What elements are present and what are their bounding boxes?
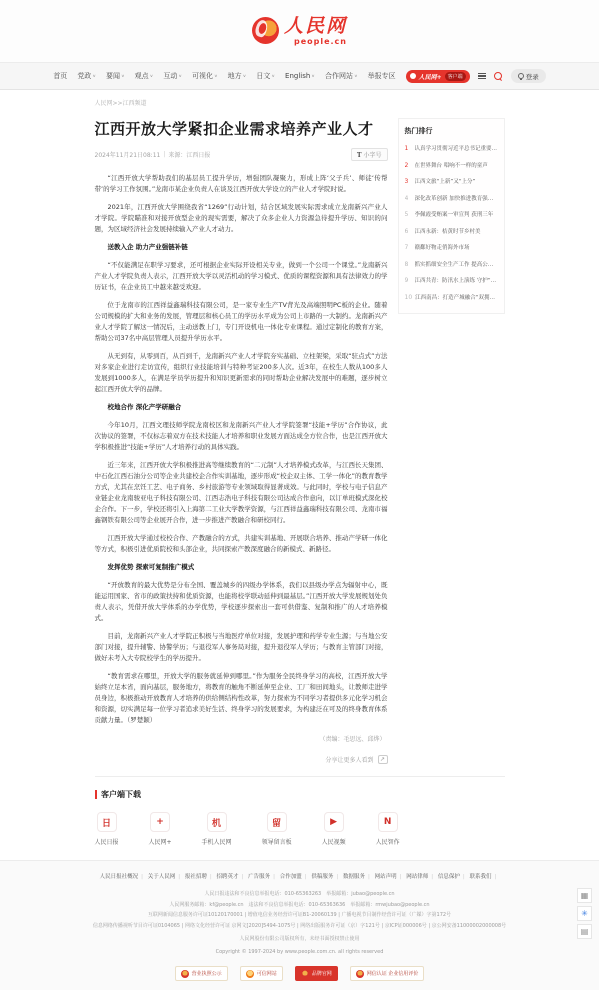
nav-item-label: 观点: [135, 71, 149, 81]
nav-item-label: 首页: [53, 71, 67, 81]
nav-item-label: 举报专区: [368, 71, 396, 81]
copyright-en: Copyright © 1997-2024 by www.people.com.…: [20, 947, 579, 957]
nav-item-label: 党政: [77, 71, 91, 81]
article-paragraph: 今年10月，江西文理技师学院龙南校区和龙南新兴产业人才学院签署“技能+学历”合作…: [95, 420, 388, 453]
user-icon: [518, 73, 524, 79]
badge-label: 网信认证 企业信用评价: [367, 970, 419, 977]
nav-item[interactable]: 观点 ∨: [135, 71, 154, 81]
rank-number: 6: [405, 228, 412, 235]
main-nav: 首页 党政 ∨ 要闻 ∨ 观点 ∨ 互动 ∨ 可: [0, 62, 599, 90]
site-footer: 人民日报社概况| 关于人民网| 报社招聘| 招聘英才| 广告服务| 合作加盟| …: [0, 860, 599, 990]
nav-item[interactable]: 地方 ∨: [228, 71, 247, 81]
article-paragraph: 江西开放大学通过校校合作、产教融合的方式，共建实训基地、开展联合培养、推动产学研…: [95, 533, 388, 555]
app-download-item[interactable]: ▶ 人民视频: [322, 812, 346, 846]
hot-ranking-item[interactable]: 1 认真学习贯彻习近平总书记重要讲话重要指…: [405, 144, 498, 152]
app-icon: 机: [207, 812, 227, 832]
article-source[interactable]: 来源：江西日报: [168, 150, 210, 159]
hot-ranking-item[interactable]: 8 抓实抓细安全生产工作 提高公共安全治理…: [405, 260, 498, 268]
nav-item-label: 互动: [163, 71, 177, 81]
chevron-down-icon: ∨: [150, 74, 154, 79]
nav-item[interactable]: 要闻 ∨: [106, 71, 125, 81]
hot-ranking-item-title: 抓实抓细安全生产工作 提高公共安全治理…: [415, 260, 498, 268]
hot-ranking-item[interactable]: 4 深化改革创新 加快推进教育强国建设 为中…: [405, 194, 498, 202]
nav-item[interactable]: English ∨: [285, 72, 315, 80]
article-paragraph: 从无到有，从零到百，从百到千，龙南新兴产业人才学院夯实基础、立柱架梁，采取“驻点…: [95, 351, 388, 395]
people-cn-logo[interactable]: 人民网 people.cn: [252, 17, 347, 46]
app-download-item[interactable]: 留 领导留言板: [262, 812, 292, 846]
login-label: 登录: [526, 72, 539, 81]
app-name: 人民智作: [376, 837, 400, 846]
nav-item[interactable]: 首页: [53, 71, 67, 81]
article-title: 江西开放大学紧扣企业需求培养产业人才: [95, 118, 388, 139]
app-icon: +: [150, 812, 170, 832]
footer-link[interactable]: 联系我们: [470, 874, 492, 880]
breadcrumb[interactable]: 人民网>>江西频道: [95, 98, 505, 107]
certification-badge[interactable]: 网信认证 企业信用评价: [350, 966, 425, 981]
publish-date: 2024年11月21日08:11: [95, 150, 161, 159]
rank-number: 8: [405, 261, 412, 268]
rank-number: 4: [405, 195, 412, 202]
app-name: 领导留言板: [262, 837, 292, 846]
hot-ranking-item[interactable]: 10 江西南昌：打造产城融合“双拥双引”发展…: [405, 293, 498, 301]
logo-domain-text: people.cn: [294, 38, 347, 46]
footer-link[interactable]: 招聘英才: [217, 874, 239, 880]
client-download-title: 客户端下载: [101, 789, 141, 800]
emblem-icon: [181, 970, 189, 978]
hot-ranking-item[interactable]: 7 赣鄱好物走俏海外市场: [405, 243, 498, 251]
footer-link[interactable]: 人民日报社概况: [100, 874, 139, 880]
footer-link[interactable]: 广告服务: [248, 874, 270, 880]
article-paragraph: 近三年来，江西开放大学积极推进高等继续教育的“二元制”人才培养模式改革，与江西长…: [95, 460, 388, 526]
footer-legal-line: 互联网新闻信息服务许可证10120170001 | 增值电信业务经营许可证B1-…: [20, 910, 579, 921]
footer-link[interactable]: 数据服务: [343, 874, 365, 880]
nav-item[interactable]: 合作网站 ∨: [325, 71, 358, 81]
article-paragraph: 校地合作 深化产学研融合: [95, 402, 388, 413]
footer-legal-line: 信息网络传播视听节目许可证0104065 | 网络文化经营许可证 京网文[202…: [20, 921, 579, 932]
footer-legal-line: 人民日报违法和不良信息举报电话：010-65363263 举报邮箱：jubao@…: [20, 889, 579, 900]
nav-item-label: 要闻: [106, 71, 120, 81]
nav-item-label: 可视化: [192, 71, 213, 81]
people-swirl-logo-icon: [252, 17, 279, 44]
hot-ranking-item-title: 认真学习贯彻习近平总书记重要讲话重要指…: [415, 144, 498, 152]
hot-ranking-title: 热门排行: [405, 126, 498, 136]
chevron-down-icon: ∨: [214, 74, 218, 79]
article-paragraph: “江西开放大学帮助我们的基层员工提升学历，增强团队凝聚力，形成上阵‘父子兵’、师…: [95, 173, 388, 195]
footer-link[interactable]: 关于人民网: [148, 874, 176, 880]
hot-ranking-list: 1 认真学习贯彻习近平总书记重要讲话重要指… 2 在世界舞台 唱响不一样的童声 …: [405, 144, 498, 301]
rank-number: 7: [405, 244, 412, 251]
chevron-down-icon: ∨: [92, 74, 96, 79]
footer-link[interactable]: 报社招聘: [185, 874, 207, 880]
hot-ranking-item-title: 江西共青：防汛水上演练 守护“鄱湖安澜”: [415, 276, 498, 284]
hot-ranking-item[interactable]: 9 江西共青：防汛水上演练 守护“鄱湖安澜”: [405, 276, 498, 284]
rank-number: 9: [405, 277, 412, 284]
font-size-label: 小字号: [363, 150, 381, 159]
nav-item-label: English: [285, 72, 310, 80]
nav-item[interactable]: 党政 ∨: [77, 71, 96, 81]
nav-item-label: 日文: [256, 71, 270, 81]
footer-link[interactable]: 合作加盟: [280, 874, 302, 880]
app-name: 人民网+: [149, 837, 172, 846]
app-name: 人民视频: [322, 837, 346, 846]
hot-ranking-item[interactable]: 3 江西文旅“上新”又“上分”: [405, 177, 498, 185]
nav-item[interactable]: 举报专区: [368, 71, 396, 81]
copyright-cn: 人民网股份有限公司版权所有，未经书面授权禁止使用: [20, 934, 579, 944]
article-meta: 2024年11月21日08:11 | 来源：江西日报 T 小字号: [95, 148, 388, 161]
font-size-toggle[interactable]: T 小字号: [351, 148, 388, 161]
site-header: 人民网 people.cn: [0, 0, 599, 62]
footer-link[interactable]: 供稿服务: [311, 874, 333, 880]
nav-item[interactable]: 日文 ∨: [256, 71, 275, 81]
page-main: 人民网>>江西频道 江西开放大学紧扣企业需求培养产业人才 2024年11月21日…: [95, 95, 505, 846]
app-badge-brand: 人民网+: [419, 72, 442, 81]
article: 江西开放大学紧扣企业需求培养产业人才 2024年11月21日08:11 | 来源…: [95, 118, 388, 768]
article-paragraph: 位于龙南市的江西祥益鑫瑞科技有限公司，是一家专业生产TV背光及高端照明PC板的企…: [95, 300, 388, 344]
certification-badge[interactable]: 可信网站: [240, 966, 283, 981]
article-paragraph: 2021年，江西开放大学围绕我省“1269”行动计划，结合区域发展实际需求成立龙…: [95, 202, 388, 235]
hot-ranking-item[interactable]: 5 李佩霞受贿案一审宣判 获刑三年: [405, 210, 498, 218]
rank-number: 2: [405, 162, 412, 169]
chevron-down-icon: ∨: [271, 74, 275, 79]
emblem-icon: [301, 970, 309, 978]
float-tool-button[interactable]: ✳: [577, 906, 592, 921]
footer-legal-lines: 人民日报违法和不良信息举报电话：010-65363263 举报邮箱：jubao@…: [20, 889, 579, 931]
hot-ranking-item-title: 深化改革创新 加快推进教育强国建设 为中…: [415, 194, 498, 202]
hot-ranking-item-title: 江西永新：桔黄时节乡村美: [415, 227, 481, 235]
hot-ranking-item-title: 赣鄱好物走俏海外市场: [415, 243, 470, 251]
footer-link[interactable]: 网站声明: [375, 874, 397, 880]
share-label: 分享让更多人看到: [325, 755, 373, 764]
badge-label: 品牌官网: [312, 970, 332, 977]
floating-share-toolbar: ▦ ✳ ▤: [577, 888, 592, 939]
share-external-icon[interactable]: ↗: [378, 755, 388, 764]
login-button[interactable]: 登录: [511, 69, 546, 83]
app-download-item[interactable]: N 人民智作: [376, 812, 400, 846]
hot-ranking-item-title: 李佩霞受贿案一审宣判 获刑三年: [415, 210, 494, 218]
search-icon[interactable]: [494, 72, 503, 81]
article-paragraph: 目前，龙南新兴产业人才学院正积极与当地医疗单位对接，发展护理和药学专业生源；与当…: [95, 631, 388, 664]
hot-ranking-item[interactable]: 2 在世界舞台 唱响不一样的童声: [405, 161, 498, 169]
app-icon: 留: [267, 812, 287, 832]
certification-badge[interactable]: 营业执照公示: [175, 966, 228, 981]
nav-item-label: 地方: [228, 71, 242, 81]
nav-item-list: 首页 党政 ∨ 要闻 ∨ 观点 ∨ 互动 ∨ 可: [53, 71, 395, 81]
hamburger-menu-icon[interactable]: [478, 73, 486, 80]
app-download-item[interactable]: + 人民网+: [149, 812, 172, 846]
rank-number: 5: [405, 211, 412, 218]
app-name: 手机人民网: [202, 837, 232, 846]
article-body: “江西开放大学帮助我们的基层员工提升学历，增强团队凝聚力，形成上阵‘父子兵’、师…: [95, 173, 388, 726]
nav-item[interactable]: 互动 ∨: [163, 71, 182, 81]
app-icon: N: [378, 812, 398, 832]
share-row: 分享让更多人看到 ↗: [95, 755, 388, 764]
hot-ranking-item-title: 在世界舞台 唱响不一样的童声: [415, 161, 488, 169]
people-app-download-badge[interactable]: 人民网+ 客户端: [406, 70, 470, 83]
article-paragraph: 发挥优势 探索可复制推广模式: [95, 562, 388, 573]
hot-ranking-item-title: 江西文旅“上新”又“上分”: [415, 177, 476, 185]
footer-legal-line: 人民网服务邮箱：kf@people.cn 违法和不良信息举报电话：010-653…: [20, 900, 579, 911]
rank-number: 10: [405, 294, 413, 301]
float-tool-button[interactable]: ▦: [577, 888, 592, 903]
app-download-item[interactable]: 日 人民日报: [95, 812, 119, 846]
client-download-section: 客户端下载 日 人民日报 + 人民网+ 机 手机人民网: [95, 776, 505, 846]
certification-badges: 营业执照公示 可信网站 品牌官网 网信认证 企业信用评价: [20, 966, 579, 981]
article-paragraph: “不仅能满足在职学习要求，还可根据企业实际开设相关专业，做到一个公司一个课堂。”…: [95, 260, 388, 293]
footer-link[interactable]: 信息保护: [438, 874, 460, 880]
chevron-down-icon: ∨: [121, 74, 125, 79]
chevron-down-icon: ∨: [243, 74, 247, 79]
app-badge-tag: 客户端: [445, 72, 466, 81]
nav-item-label: 合作网站: [325, 71, 353, 81]
people-mini-logo-icon: [410, 73, 416, 79]
app-icon: 日: [97, 812, 117, 832]
certification-badge[interactable]: 品牌官网: [295, 966, 338, 981]
hot-ranking-item[interactable]: 6 江西永新：桔黄时节乡村美: [405, 227, 498, 235]
rank-number: 3: [405, 178, 412, 185]
app-icon: ▶: [324, 812, 344, 832]
app-name: 人民日报: [95, 837, 119, 846]
emblem-icon: [356, 970, 364, 978]
article-paragraph: “教育需求在哪里，开放大学的服务就延伸到哪里。”作为服务全民终身学习的高校，江西…: [95, 671, 388, 726]
chevron-down-icon: ∨: [178, 74, 182, 79]
footer-links: 人民日报社概况| 关于人民网| 报社招聘| 招聘英才| 广告服务| 合作加盟| …: [20, 872, 579, 880]
chevron-down-icon: ∨: [311, 74, 315, 79]
font-size-T-icon: T: [357, 151, 362, 159]
chevron-down-icon: ∨: [354, 74, 358, 79]
float-tool-button[interactable]: ▤: [577, 924, 592, 939]
article-paragraph: “开放教育的最大优势是分布全国、覆盖城乡的四级办学体系，我们以县级办学点为辐射中…: [95, 580, 388, 624]
logo-cn-text: 人民网: [284, 17, 347, 36]
article-paragraph: 送教入企 助力产业强链补链: [95, 242, 388, 253]
emblem-icon: [246, 970, 254, 978]
badge-label: 可信网站: [257, 970, 277, 977]
editor-credit: （责编：毛思远、邱烨）: [95, 734, 386, 743]
section-accent-bar: [95, 790, 98, 799]
rank-number: 1: [405, 145, 412, 152]
footer-link[interactable]: 网站律师: [406, 874, 428, 880]
app-list: 日 人民日报 + 人民网+ 机 手机人民网 留 领导留言板: [95, 812, 505, 846]
nav-item[interactable]: 可视化 ∨: [192, 71, 218, 81]
hot-ranking-panel: 热门排行 1 认真学习贯彻习近平总书记重要讲话重要指… 2 在世界舞台 唱响不一…: [398, 118, 505, 314]
badge-label: 营业执照公示: [192, 970, 222, 977]
hot-ranking-item-title: 江西南昌：打造产城融合“双拥双引”发展…: [415, 293, 497, 301]
app-download-item[interactable]: 机 手机人民网: [202, 812, 232, 846]
